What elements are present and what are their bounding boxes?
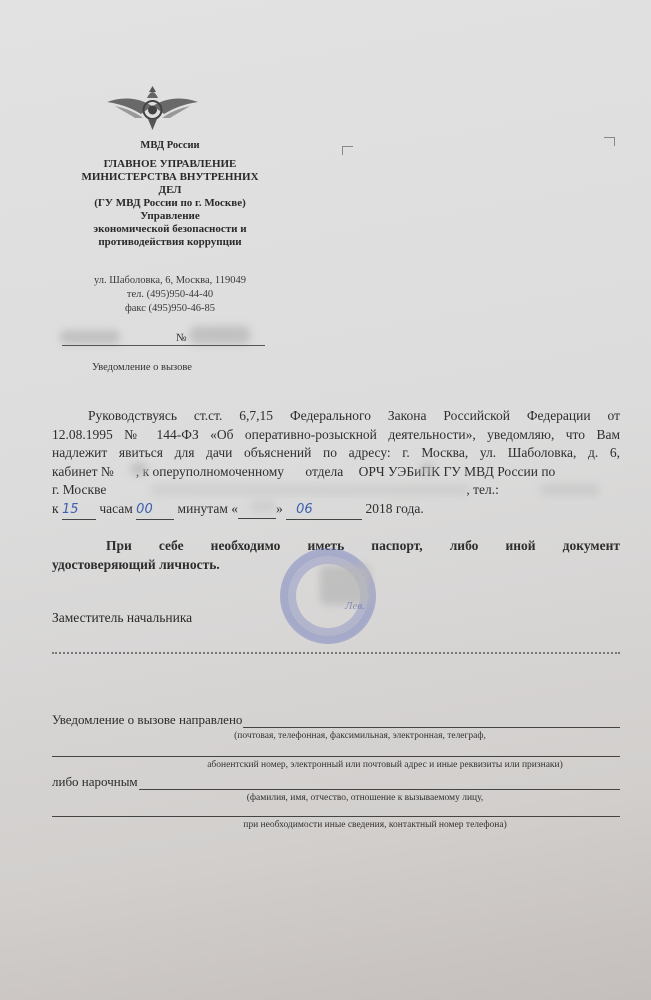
redaction-blur [540, 484, 600, 496]
appointment-time-line: к 15 часам 00 минутам « » 06 2018 года. [52, 500, 620, 521]
time-prefix: к [52, 501, 59, 516]
organization-name: ГЛАВНОЕ УПРАВЛЕНИЕ МИНИСТЕРСТВА ВНУТРЕНН… [60, 158, 280, 249]
department-label: отдела [305, 464, 343, 479]
sent-method-row: Уведомление о вызове направлено [52, 712, 620, 728]
corner-mark-left [342, 146, 353, 155]
month-value: 06 [286, 501, 362, 521]
redaction-blur [420, 463, 434, 475]
registration-line [62, 345, 265, 346]
org-line: ДЕЛ [60, 184, 280, 197]
org-line: (ГУ МВД России по г. Москве) [60, 197, 280, 210]
hour-value: 15 [62, 501, 96, 521]
courier-row: либо нарочным [52, 774, 620, 790]
org-line: Управление [60, 210, 280, 223]
sent-details-field[interactable] [52, 756, 620, 757]
hours-label: часам [99, 501, 132, 516]
document-type: Уведомление о вызове [92, 362, 192, 373]
address: ул. Шаболовка, 6, Москва, 119049 [60, 274, 280, 288]
tel-label: , тел.: [466, 482, 499, 497]
sent-label: Уведомление о вызове направлено [52, 712, 242, 728]
redaction-blur [130, 463, 148, 475]
mvd-emblem-icon [105, 84, 200, 132]
ministry-name: МВД России [60, 140, 280, 151]
courier-field[interactable] [139, 776, 620, 790]
courier-label: либо нарочным [52, 774, 138, 790]
signatory-title: Заместитель начальника [52, 610, 192, 626]
city: г. Москве [52, 482, 106, 497]
org-line: ГЛАВНОЕ УПРАВЛЕНИЕ [60, 158, 280, 171]
contact-block: ул. Шаболовка, 6, Москва, 119049 тел. (4… [60, 274, 280, 316]
caption: при необходимости иные сведения, контакт… [170, 820, 580, 830]
day-close-quote: » [276, 501, 283, 516]
officer-label: , к оперуполномоченному [136, 464, 284, 479]
sent-method-field[interactable] [243, 714, 620, 728]
org-line: экономической безопасности и [60, 223, 280, 236]
caption: абонентский номер, электронный или почто… [150, 760, 620, 770]
caption: (почтовая, телефонная, факсимильная, эле… [150, 731, 570, 741]
org-line: МИНИСТЕРСТВА ВНУТРЕННИХ [60, 171, 280, 184]
paragraph-line: 12.08.1995 № 144-ФЗ «Об оперативно-розыс… [52, 426, 620, 445]
paragraph-line: надлежит явиться для дачи объяснений по … [52, 444, 620, 463]
minute-value: 00 [136, 501, 174, 521]
paragraph-line: Руководствуясь ст.ст. 6,7,15 Федеральног… [52, 407, 620, 426]
redaction-blur [150, 484, 470, 496]
year-text: 2018 года. [366, 501, 424, 516]
fax: факс (495)950-46-85 [60, 302, 280, 316]
corner-mark-right [604, 137, 615, 146]
org-line: противодействия коррупции [60, 236, 280, 249]
redacted-date [60, 330, 120, 344]
dotted-separator [52, 652, 620, 654]
caption: (фамилия, имя, отчество, отношение к выз… [160, 793, 570, 803]
redaction-blur [250, 500, 276, 512]
cabinet-label: кабинет № [52, 464, 114, 479]
redacted-signature [320, 565, 370, 605]
redacted-number [190, 326, 250, 344]
department-name: ОРЧ УЭБиПК ГУ МВД России по [359, 464, 556, 479]
phone: тел. (495)950-44-40 [60, 288, 280, 302]
courier-details-field[interactable] [52, 816, 620, 817]
minutes-label: минутам « [178, 501, 238, 516]
stamp-fragment: Лев. [345, 600, 365, 612]
number-sign: № [176, 332, 187, 344]
